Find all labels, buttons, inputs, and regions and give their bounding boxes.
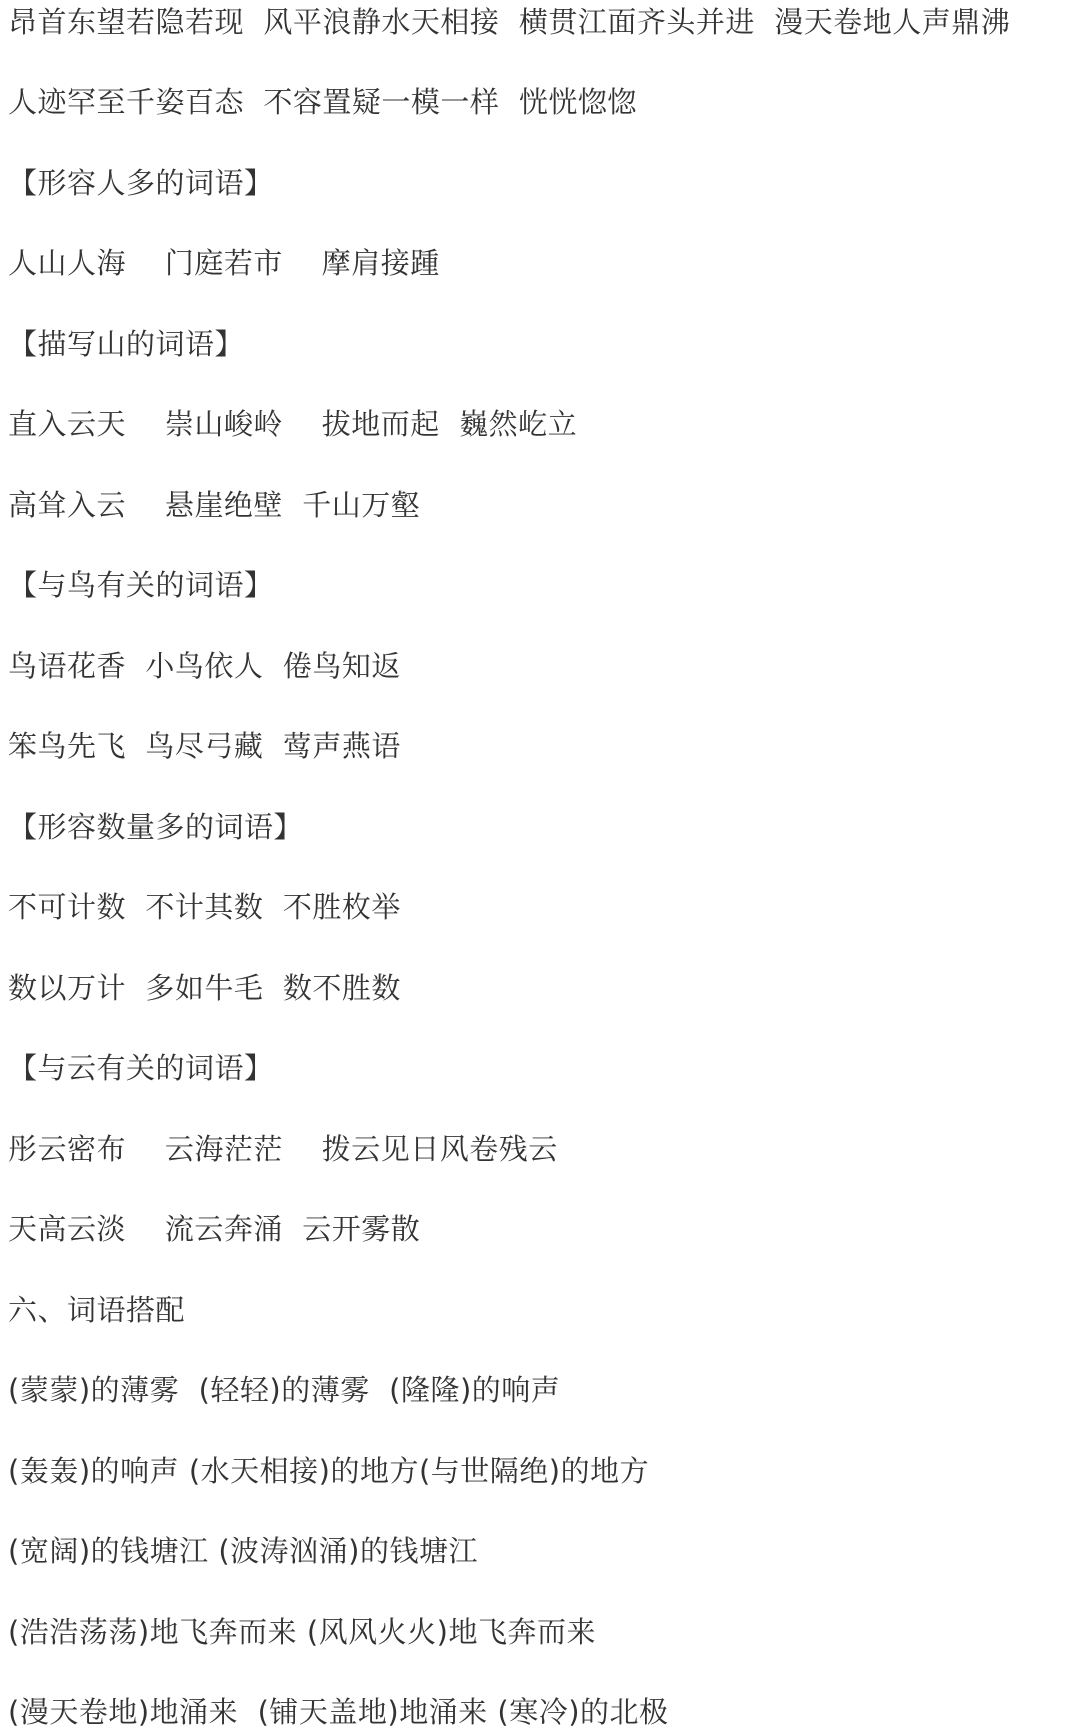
- phrase-line: 人迹罕至千姿百态 不容置疑一模一样 恍恍惚惚: [8, 82, 637, 122]
- category-heading-mountain: 【描写山的词语】: [8, 324, 244, 364]
- category-heading-quantity: 【形容数量多的词语】: [8, 807, 303, 847]
- phrase-line: 鸟语花香 小鸟依人 倦鸟知返: [8, 646, 401, 686]
- category-heading-crowd: 【形容人多的词语】: [8, 163, 274, 203]
- phrase-line: 笨鸟先飞 鸟尽弓藏 莺声燕语: [8, 726, 401, 766]
- phrase-line: 昂首东望若隐若现 风平浪静水天相接 横贯江面齐头并进 漫天卷地人声鼎沸: [8, 2, 1010, 42]
- pairing-line: (轰轰)的响声 (水天相接)的地方(与世隔绝)的地方: [8, 1451, 649, 1491]
- pairing-line: (漫天卷地)地涌来 (铺天盖地)地涌来 (寒冷)的北极: [8, 1692, 669, 1729]
- phrase-line: 数以万计 多如牛毛 数不胜数: [8, 968, 401, 1008]
- section-title-word-pairing: 六、词语搭配: [8, 1290, 185, 1330]
- pairing-line: (蒙蒙)的薄雾 (轻轻)的薄雾 (隆隆)的响声: [8, 1370, 560, 1410]
- phrase-line: 高耸入云 悬崖绝壁 千山万壑: [8, 485, 420, 525]
- category-heading-bird: 【与鸟有关的词语】: [8, 565, 274, 605]
- phrase-line: 天高云淡 流云奔涌 云开雾散: [8, 1209, 420, 1249]
- pairing-line: (浩浩荡荡)地飞奔而来 (风风火火)地飞奔而来: [8, 1612, 596, 1652]
- pairing-line: (宽阔)的钱塘江 (波涛汹涌)的钱塘江: [8, 1531, 478, 1571]
- phrase-line: 不可计数 不计其数 不胜枚举: [8, 887, 401, 927]
- category-heading-cloud: 【与云有关的词语】: [8, 1048, 274, 1088]
- phrase-line: 直入云天 崇山峻岭 拔地而起 巍然屹立: [8, 404, 577, 444]
- phrase-line: 人山人海 门庭若市 摩肩接踵: [8, 243, 440, 283]
- phrase-line: 彤云密布 云海茫茫 拨云见日风卷残云: [8, 1129, 558, 1169]
